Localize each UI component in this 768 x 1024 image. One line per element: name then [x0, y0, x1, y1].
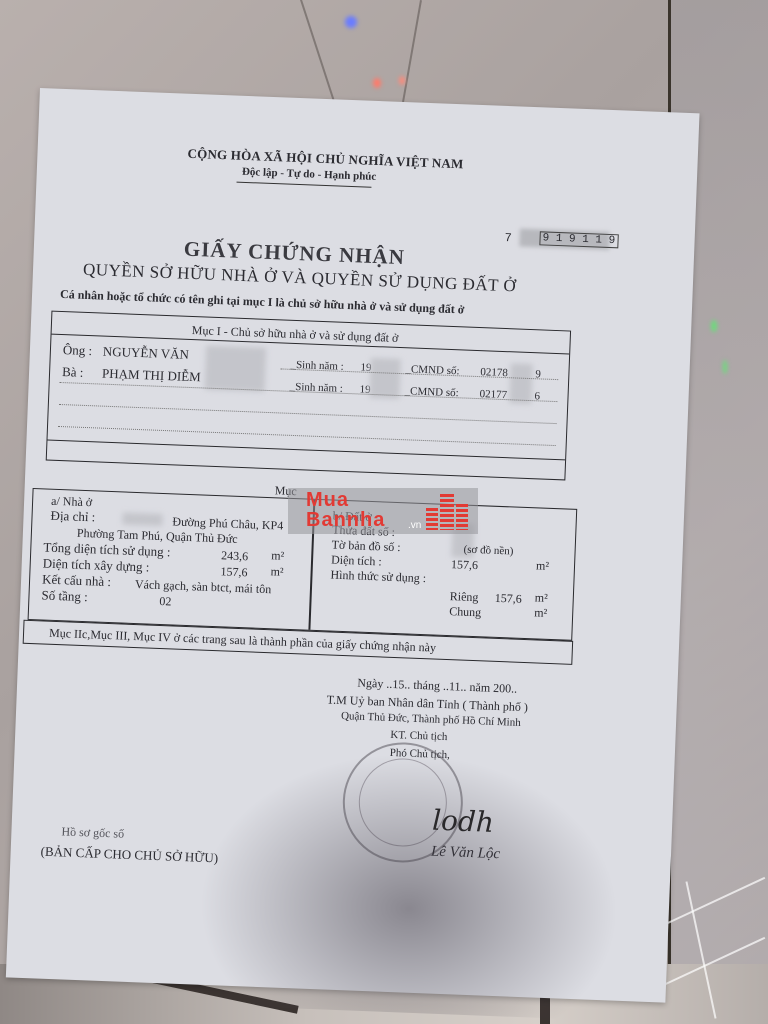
land-area-unit: m² — [536, 558, 550, 573]
motto: Độc lập - Tự do - Hạnh phúc — [242, 166, 377, 183]
owner-2-name: PHẠM THỊ DIỄM — [102, 366, 201, 386]
watermark-suffix: .vn — [408, 520, 421, 531]
signature: lodh — [432, 804, 495, 839]
header-rule — [237, 182, 372, 188]
serial-suffix: 9 1 9 1 1 9 — [539, 231, 618, 248]
light-reflection — [373, 78, 381, 88]
private-area: 157,6 — [494, 591, 522, 607]
private-unit: m² — [535, 590, 549, 605]
section-owners: Mục I - Chủ sở hữu nhà ở và sử dụng đất … — [46, 311, 571, 481]
owner-1-name: NGUYỄN VĂN — [103, 344, 190, 363]
total-area: 243,6 — [221, 548, 249, 564]
build-area-unit: m² — [270, 564, 284, 579]
redacted-name — [205, 346, 267, 392]
private-label: Riêng — [449, 589, 478, 605]
watermark-line1: Mua — [306, 490, 349, 510]
redacted-id — [509, 363, 533, 404]
owner-2-prefix: Bà : — [62, 364, 84, 381]
watermark-logo: Mua Bannha .vn — [288, 488, 478, 534]
usage-label: Hình thức sử dụng : — [330, 568, 426, 587]
land-area: 157,6 — [451, 557, 479, 573]
serial-number: 7 — [504, 231, 516, 245]
certificate-document: CỘNG HÒA XÃ HỘI CHỦ NGHĨA VIỆT NAM Độc l… — [6, 88, 700, 1003]
floors-label: Số tầng : — [41, 587, 88, 605]
redacted-birth — [369, 358, 401, 399]
file-number-label: Hồ sơ gốc số — [61, 824, 124, 841]
floors: 02 — [159, 594, 172, 609]
structure: Vách gạch, sàn btct, mái tôn — [135, 577, 272, 597]
build-area: 157,6 — [220, 564, 248, 580]
building-icon — [426, 492, 470, 530]
signer-name: Lê Văn Lộc — [431, 844, 501, 864]
shared-label: Chung — [449, 604, 482, 620]
shared-unit: m² — [534, 605, 548, 620]
owner-1-prefix: Ông : — [63, 342, 93, 359]
light-reflection — [345, 16, 357, 28]
address-label: Địa chỉ : — [50, 508, 95, 526]
watermark-line2: Bannha — [306, 510, 385, 530]
copy-note: (BẢN CẤP CHO CHỦ SỞ HỮU) — [40, 844, 218, 867]
map-note: (sơ đồ nền) — [463, 544, 513, 558]
authority-line3: KT. Chủ tịch — [390, 729, 447, 743]
light-reflection — [399, 76, 405, 85]
redacted-house-number — [122, 512, 162, 526]
total-area-unit: m² — [271, 548, 285, 563]
